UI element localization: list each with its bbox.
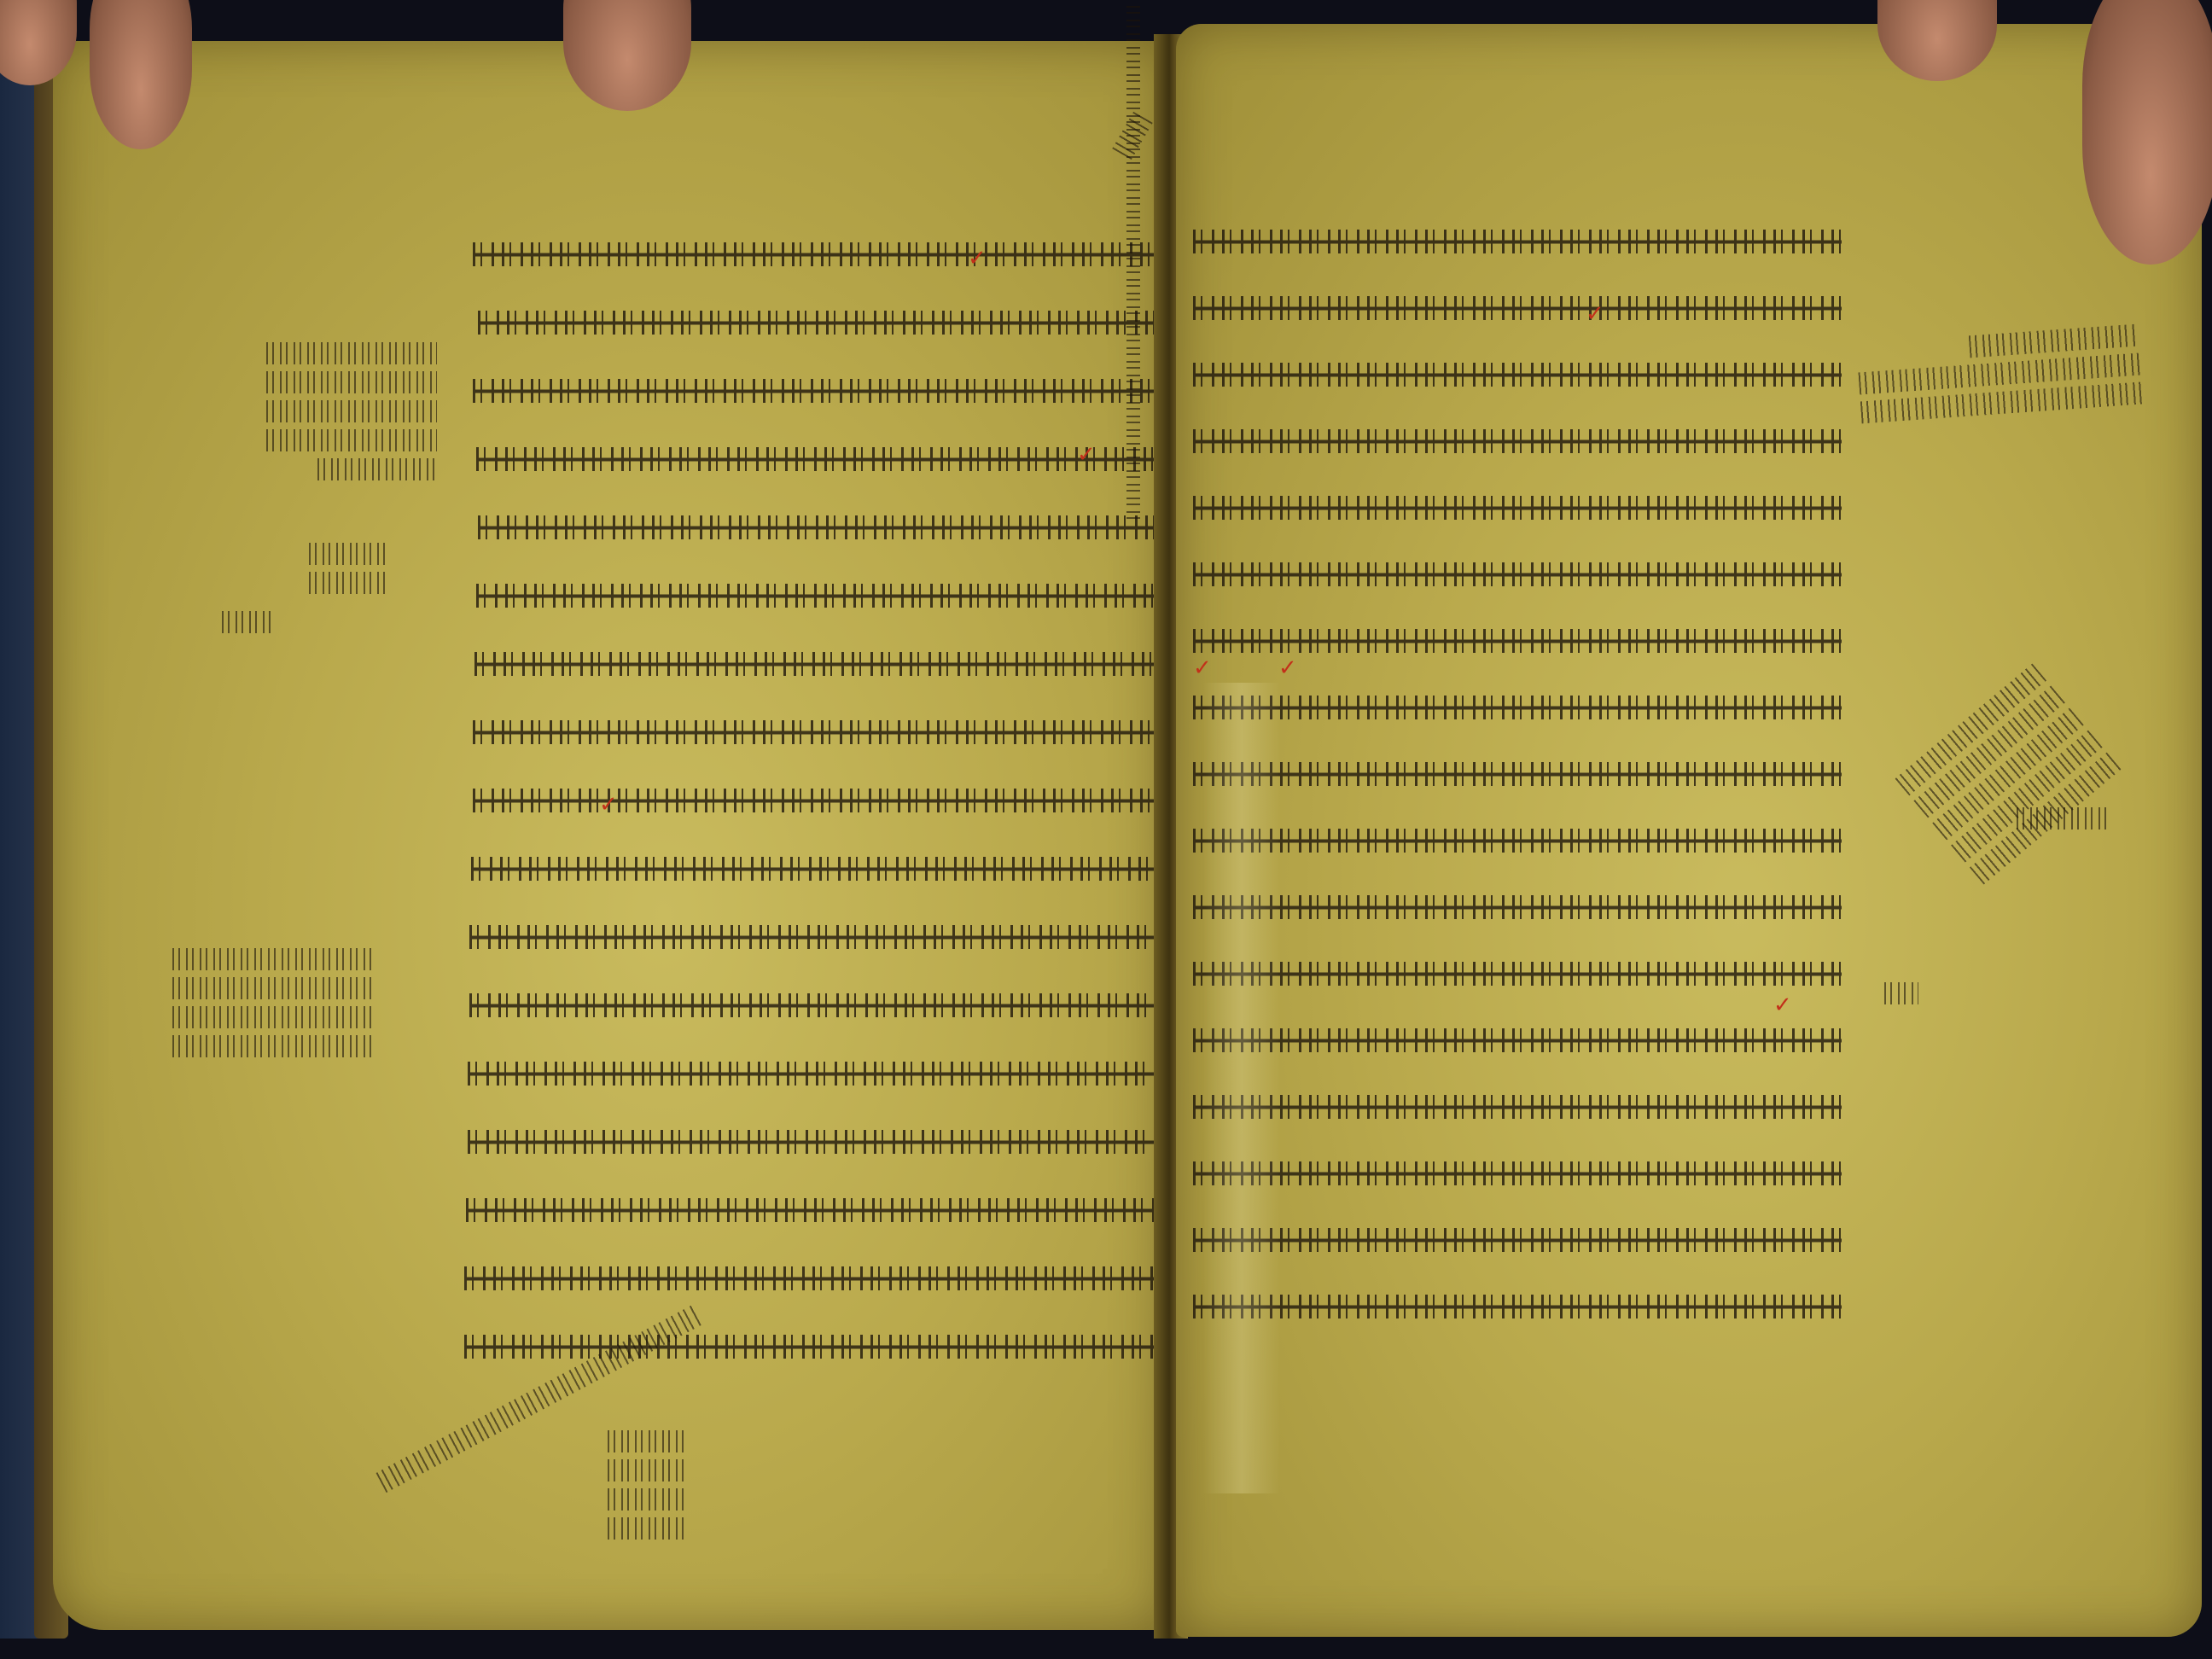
text-line <box>1193 1156 1842 1190</box>
marginal-note-right-small <box>1884 975 1918 1011</box>
text-line <box>1193 690 1842 725</box>
text-line <box>469 988 1181 1022</box>
gutter-vertical-note <box>1120 0 1147 519</box>
text-line <box>473 715 1181 749</box>
text-line <box>476 579 1181 613</box>
marginal-note-bottom-block <box>608 1423 684 1546</box>
text-line <box>476 442 1181 476</box>
text-line <box>468 1125 1181 1159</box>
right-hand-thumb <box>2082 0 2212 265</box>
rubric-mark: ✓ <box>968 246 987 271</box>
right-page-text-block <box>1193 224 1842 1419</box>
text-line <box>478 306 1181 340</box>
rubric-mark: ✓ <box>1278 655 1297 681</box>
rubric-mark: ✓ <box>1193 655 1212 681</box>
text-line <box>464 1330 1181 1364</box>
text-line <box>471 852 1181 886</box>
text-line <box>1193 1223 1842 1257</box>
light-glare <box>1203 683 1280 1493</box>
text-line <box>1193 624 1842 658</box>
text-line <box>1193 1090 1842 1124</box>
right-page: ✓ ✓ ✓ ✓ <box>1176 24 2202 1637</box>
text-line <box>1193 224 1842 259</box>
text-line <box>1193 1023 1842 1057</box>
text-line <box>474 647 1181 681</box>
marginal-note-right-word <box>2017 800 2110 836</box>
text-line <box>473 237 1181 271</box>
left-page-text-block <box>473 237 1181 1449</box>
text-line <box>478 510 1181 544</box>
text-line <box>469 920 1181 954</box>
text-line <box>1193 957 1842 991</box>
marginal-note-left-short <box>309 536 386 601</box>
text-line <box>468 1057 1181 1091</box>
left-page: ✓ ✓ ✓ <box>53 41 1164 1630</box>
rubric-mark: ✓ <box>1077 442 1096 468</box>
text-line <box>1193 491 1842 525</box>
text-line <box>1193 890 1842 924</box>
text-line <box>473 783 1181 818</box>
text-line <box>1193 291 1842 325</box>
marginal-note-left-word <box>222 604 273 640</box>
marginal-note-right-diagonal <box>1890 658 2125 889</box>
text-line <box>1193 824 1842 858</box>
text-line <box>464 1261 1181 1295</box>
text-line <box>473 374 1181 408</box>
marginal-note-lower-left <box>172 941 377 1064</box>
rubric-mark: ✓ <box>599 792 618 818</box>
rubric-mark: ✓ <box>1586 301 1604 327</box>
rubric-mark: ✓ <box>1773 992 1792 1018</box>
text-line <box>466 1193 1181 1227</box>
text-line <box>1193 358 1842 392</box>
text-line <box>1193 424 1842 458</box>
text-line <box>1193 757 1842 791</box>
manuscript-photo: ✓ ✓ ✓ <box>0 0 2212 1659</box>
text-line <box>1193 557 1842 591</box>
marginal-note-upper-right <box>1856 317 2144 431</box>
marginal-note-upper-left <box>266 335 437 487</box>
text-line <box>1193 1289 1842 1324</box>
